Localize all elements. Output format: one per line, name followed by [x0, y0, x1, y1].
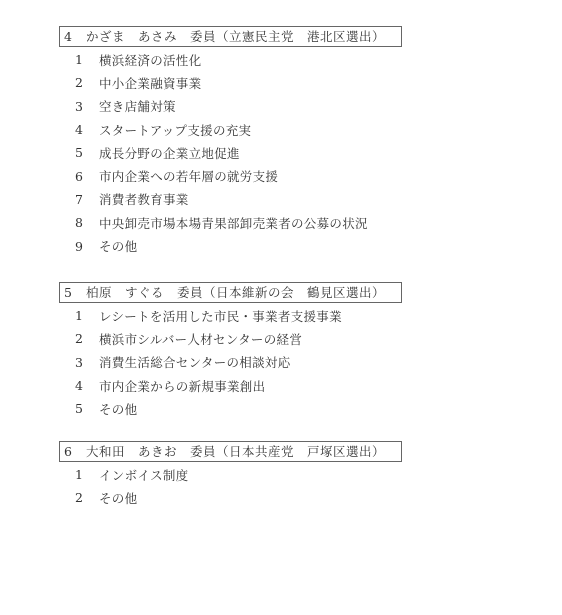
- list-item: 3空き店舗対策: [59, 95, 402, 118]
- list-item: 2その他: [59, 486, 402, 509]
- question-list: 1横浜経済の活性化 2中小企業融資事業 3空き店舗対策 4スタートアップ支援の充…: [59, 48, 402, 258]
- item-number: 5: [59, 145, 99, 160]
- section-kashiwara-suguru: 5 柏原 すぐる 委員（日本維新の会 鶴見区選出） 1レシートを活用した市民・事…: [59, 282, 402, 420]
- item-text: その他: [99, 400, 137, 418]
- item-text: 横浜経済の活性化: [99, 51, 201, 69]
- section-kazama-asami: 4 かざま あさみ 委員（立憲民主党 港北区選出） 1横浜経済の活性化 2中小企…: [59, 26, 402, 258]
- item-text: その他: [99, 489, 137, 507]
- item-text: スタートアップ支援の充実: [99, 121, 251, 139]
- section-number: 5: [64, 283, 86, 302]
- item-number: 1: [59, 308, 99, 323]
- item-text: 市内企業からの新規事業創出: [99, 377, 265, 395]
- section-number: 4: [64, 27, 86, 46]
- list-item: 2横浜市シルバー人材センターの経営: [59, 327, 402, 350]
- item-text: 横浜市シルバー人材センターの経営: [99, 330, 302, 348]
- list-item: 5成長分野の企業立地促進: [59, 141, 402, 164]
- item-text: レシートを活用した市民・事業者支援事業: [99, 307, 342, 325]
- section-title: かざま あさみ 委員（立憲民主党 港北区選出）: [86, 27, 385, 46]
- list-item: 9その他: [59, 234, 402, 257]
- list-item: 6市内企業への若年層の就労支援: [59, 164, 402, 187]
- item-number: 2: [59, 75, 99, 90]
- list-item: 4市内企業からの新規事業創出: [59, 374, 402, 397]
- list-item: 3消費生活総合センターの相談対応: [59, 351, 402, 374]
- item-number: 3: [59, 355, 99, 370]
- section-header: 6 大和田 あきお 委員（日本共産党 戸塚区選出）: [59, 441, 402, 462]
- item-number: 1: [59, 467, 99, 482]
- item-text: 消費者教育事業: [99, 190, 189, 208]
- section-header: 5 柏原 すぐる 委員（日本維新の会 鶴見区選出）: [59, 282, 402, 303]
- list-item: 1横浜経済の活性化: [59, 48, 402, 71]
- list-item: 7消費者教育事業: [59, 188, 402, 211]
- section-header: 4 かざま あさみ 委員（立憲民主党 港北区選出）: [59, 26, 402, 47]
- section-title: 柏原 すぐる 委員（日本維新の会 鶴見区選出）: [86, 283, 385, 302]
- question-list: 1インボイス制度 2その他: [59, 463, 402, 510]
- item-number: 4: [59, 378, 99, 393]
- list-item: 1インボイス制度: [59, 463, 402, 486]
- list-item: 1レシートを活用した市民・事業者支援事業: [59, 304, 402, 327]
- item-number: 8: [59, 215, 99, 230]
- item-number: 1: [59, 52, 99, 67]
- item-number: 6: [59, 169, 99, 184]
- item-number: 9: [59, 239, 99, 254]
- item-number: 7: [59, 192, 99, 207]
- list-item: 4スタートアップ支援の充実: [59, 118, 402, 141]
- item-number: 2: [59, 490, 99, 505]
- item-number: 2: [59, 331, 99, 346]
- question-list: 1レシートを活用した市民・事業者支援事業 2横浜市シルバー人材センターの経営 3…: [59, 304, 402, 420]
- item-text: インボイス制度: [99, 466, 188, 484]
- list-item: 5その他: [59, 397, 402, 420]
- item-number: 3: [59, 99, 99, 114]
- list-item: 8中央卸売市場本場青果部卸売業者の公募の状況: [59, 211, 402, 234]
- section-owada-akio: 6 大和田 あきお 委員（日本共産党 戸塚区選出） 1インボイス制度 2その他: [59, 441, 402, 510]
- item-text: 消費生活総合センターの相談対応: [99, 353, 291, 371]
- item-text: 成長分野の企業立地促進: [99, 144, 240, 162]
- item-number: 4: [59, 122, 99, 137]
- item-text: 中央卸売市場本場青果部卸売業者の公募の状況: [99, 214, 368, 232]
- section-title: 大和田 あきお 委員（日本共産党 戸塚区選出）: [86, 442, 385, 461]
- item-text: その他: [99, 237, 137, 255]
- list-item: 2中小企業融資事業: [59, 71, 402, 94]
- item-text: 空き店舗対策: [99, 97, 176, 115]
- item-text: 中小企業融資事業: [99, 74, 201, 92]
- item-text: 市内企業への若年層の就労支援: [99, 167, 278, 185]
- item-number: 5: [59, 401, 99, 416]
- section-number: 6: [64, 442, 86, 461]
